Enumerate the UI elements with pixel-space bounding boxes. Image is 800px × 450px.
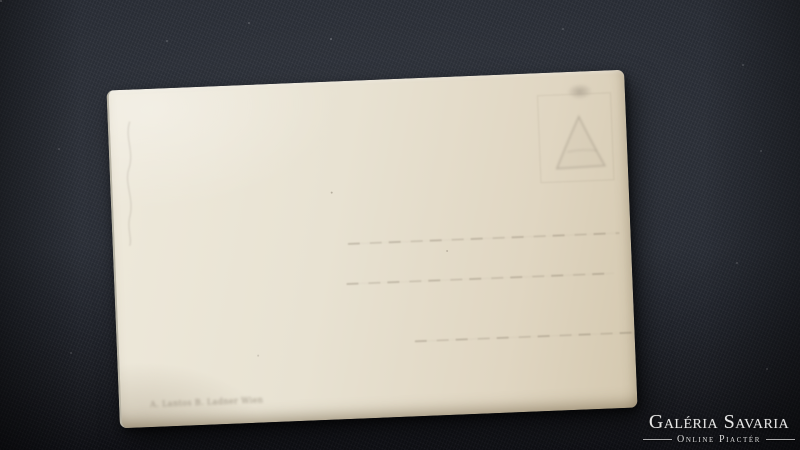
watermark: Galéria Savaria Online Piactér (643, 412, 795, 445)
paper-specks (331, 192, 333, 194)
watermark-subtitle: Online Piactér (677, 434, 761, 445)
address-line (346, 272, 614, 285)
pencil-triangle-mark (550, 110, 610, 172)
postcard-back: A. Lantos B. Ladner Wien (106, 70, 637, 429)
pencil-squiggle-mark (118, 117, 145, 248)
address-line (415, 331, 637, 342)
watermark-subtitle-row: Online Piactér (643, 434, 795, 445)
product-photo: A. Lantos B. Ladner Wien Galéria Savaria… (0, 0, 800, 450)
fabric-dust-specks (0, 0, 2, 2)
watermark-rule-left (643, 439, 672, 440)
publisher-imprint: A. Lantos B. Ladner Wien (150, 395, 280, 409)
watermark-rule-right (766, 439, 795, 440)
address-line (348, 232, 620, 245)
watermark-title: Galéria Savaria (643, 412, 795, 432)
